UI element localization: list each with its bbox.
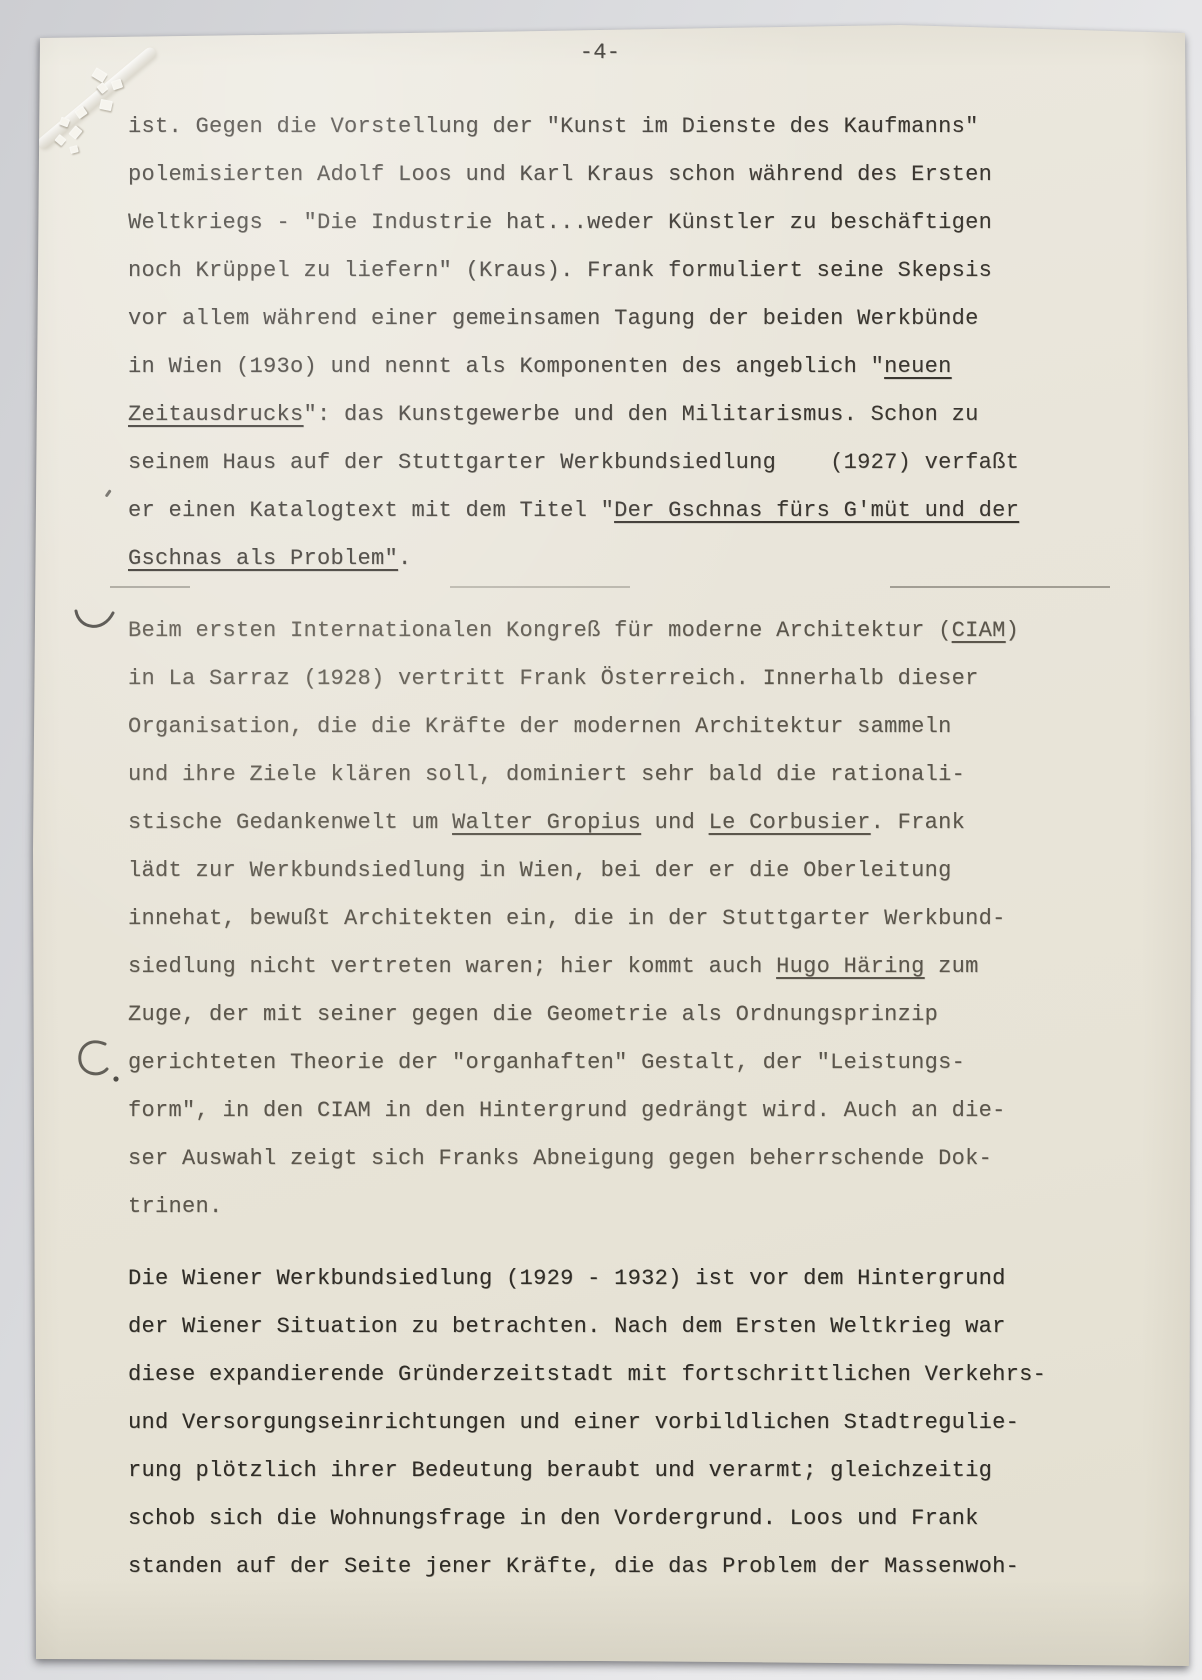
text-segment: zum (925, 954, 979, 979)
text-segment: trinen. (128, 1194, 223, 1219)
text-line: Zuge, der mit seiner gegen die Geometrie… (128, 991, 1068, 1039)
text-segment: innehat, bewußt Architekten ein, die in … (128, 906, 1006, 931)
text-segment: lädt zur Werkbundsiedlung in Wien, bei d… (128, 858, 952, 883)
text-line: Die Wiener Werkbundsiedlung (1929 - 1932… (128, 1255, 1068, 1303)
text-line: rung plötzlich ihrer Bedeutung beraubt u… (128, 1447, 1068, 1495)
underlined-text: Hugo Häring (776, 954, 925, 979)
text-segment: ": das Kunstgewerbe und den Militarismus… (304, 402, 979, 427)
underlined-text: CIAM (952, 618, 1006, 643)
text-segment: der Wiener Situation zu betrachten. Nach… (128, 1314, 1006, 1339)
text-segment: standen auf der Seite jener Kräfte, die … (128, 1554, 1019, 1579)
text-segment: schob sich die Wohnungsfrage in den Vord… (128, 1506, 979, 1531)
underlined-text: Le Corbusier (709, 810, 871, 835)
text-segment: rung plötzlich ihrer Bedeutung beraubt u… (128, 1458, 992, 1483)
text-segment: ) (1006, 618, 1020, 643)
text-line: Gschnas als Problem". (128, 535, 1068, 583)
text-line: siedlung nicht vertreten waren; hier kom… (128, 943, 1068, 991)
text-segment: vor allem während einer gemeinsamen Tagu… (128, 306, 979, 331)
text-segment: polemisierten Adolf Loos und Karl Kraus … (128, 162, 992, 187)
text-line: und ihre Ziele klären soll, dominiert se… (128, 751, 1068, 799)
text-segment: er einen Katalogtext mit dem Titel " (128, 498, 614, 523)
text-segment: in Wien (193o) und nennt als Komponenten… (128, 354, 884, 379)
underlined-text: Walter Gropius (452, 810, 641, 835)
scanned-page-background: -4- ist. Gegen die Vorstellung der "Kuns… (0, 0, 1202, 1680)
document-body: ist. Gegen die Vorstellung der "Kunst im… (128, 103, 1068, 1591)
page-number: -4- (150, 40, 1050, 65)
text-line: noch Krüppel zu liefern" (Kraus). Frank … (128, 247, 1068, 295)
text-line: diese expandierende Gründerzeitstadt mit… (128, 1351, 1068, 1399)
text-line: vor allem während einer gemeinsamen Tagu… (128, 295, 1068, 343)
text-line: und Versorgungseinrichtungen und einer v… (128, 1399, 1068, 1447)
text-segment: Die Wiener Werkbundsiedlung (1929 - 1932… (128, 1266, 1006, 1291)
text-line: ser Auswahl zeigt sich Franks Abneigung … (128, 1135, 1068, 1183)
text-line: der Wiener Situation zu betrachten. Nach… (128, 1303, 1068, 1351)
handwritten-arc-mark (72, 602, 118, 640)
paragraph: Die Wiener Werkbundsiedlung (1929 - 1932… (128, 1255, 1068, 1591)
text-segment: siedlung nicht vertreten waren; hier kom… (128, 954, 776, 979)
text-line: lädt zur Werkbundsiedlung in Wien, bei d… (128, 847, 1068, 895)
text-line: Weltkriegs - "Die Industrie hat...weder … (128, 199, 1068, 247)
text-line: polemisierten Adolf Loos und Karl Kraus … (128, 151, 1068, 199)
text-line: in Wien (193o) und nennt als Komponenten… (128, 343, 1068, 391)
text-segment: und Versorgungseinrichtungen und einer v… (128, 1410, 1019, 1435)
paragraph: Beim ersten Internationalen Kongreß für … (128, 607, 1068, 1231)
underlined-text: neuen (884, 354, 952, 379)
text-segment: und (641, 810, 709, 835)
text-line: trinen. (128, 1183, 1068, 1231)
underlined-text: Der Gschnas fürs G'müt und der (614, 498, 1019, 523)
text-line: er einen Katalogtext mit dem Titel "Der … (128, 487, 1068, 535)
text-line: Organisation, die die Kräfte der moderne… (128, 703, 1068, 751)
text-line: standen auf der Seite jener Kräfte, die … (128, 1543, 1068, 1591)
text-segment: Beim ersten Internationalen Kongreß für … (128, 618, 952, 643)
text-segment: noch Krüppel zu liefern" (Kraus). Frank … (128, 258, 992, 283)
text-segment: Weltkriegs - "Die Industrie hat...weder … (128, 210, 992, 235)
text-segment: Zuge, der mit seiner gegen die Geometrie… (128, 1002, 938, 1027)
text-line: innehat, bewußt Architekten ein, die in … (128, 895, 1068, 943)
text-segment: . (398, 546, 412, 571)
handwritten-circle-mark (74, 1036, 126, 1090)
text-line: schob sich die Wohnungsfrage in den Vord… (128, 1495, 1068, 1543)
text-line: Zeitausdrucks": das Kunstgewerbe und den… (128, 391, 1068, 439)
text-segment: Organisation, die die Kräfte der moderne… (128, 714, 952, 739)
text-line: gerichteten Theorie der "organhaften" Ge… (128, 1039, 1068, 1087)
text-segment: ser Auswahl zeigt sich Franks Abneigung … (128, 1146, 992, 1171)
paper-sheet: -4- ist. Gegen die Vorstellung der "Kuns… (0, 0, 1202, 1680)
paper-sheet-wrap: -4- ist. Gegen die Vorstellung der "Kuns… (0, 0, 1202, 1680)
underlined-text: Zeitausdrucks (128, 402, 304, 427)
text-line: ist. Gegen die Vorstellung der "Kunst im… (128, 103, 1068, 151)
text-line: stische Gedankenwelt um Walter Gropius u… (128, 799, 1068, 847)
text-segment: in La Sarraz (1928) vertritt Frank Öster… (128, 666, 979, 691)
underlined-text: Gschnas als Problem" (128, 546, 398, 571)
text-line: form", in den CIAM in den Hintergrund ge… (128, 1087, 1068, 1135)
text-segment: ist. Gegen die Vorstellung der "Kunst im… (128, 114, 979, 139)
text-line: in La Sarraz (1928) vertritt Frank Öster… (128, 655, 1068, 703)
text-segment: . Frank (871, 810, 966, 835)
stray-ink-mark (105, 489, 112, 497)
text-segment: und ihre Ziele klären soll, dominiert se… (128, 762, 965, 787)
text-segment: form", in den CIAM in den Hintergrund ge… (128, 1098, 1006, 1123)
paragraph: ist. Gegen die Vorstellung der "Kunst im… (128, 103, 1068, 583)
text-line: seinem Haus auf der Stuttgarter Werkbund… (128, 439, 1068, 487)
text-segment: gerichteten Theorie der "organhaften" Ge… (128, 1050, 965, 1075)
staple-mark (99, 99, 113, 111)
text-segment: stische Gedankenwelt um (128, 810, 452, 835)
staple-mark (91, 67, 107, 82)
faint-separator-line (110, 586, 1110, 588)
staple-mark (69, 145, 79, 154)
text-segment: seinem Haus auf der Stuttgarter Werkbund… (128, 450, 1019, 475)
text-segment: diese expandierende Gründerzeitstadt mit… (128, 1362, 1046, 1387)
text-line: Beim ersten Internationalen Kongreß für … (128, 607, 1068, 655)
